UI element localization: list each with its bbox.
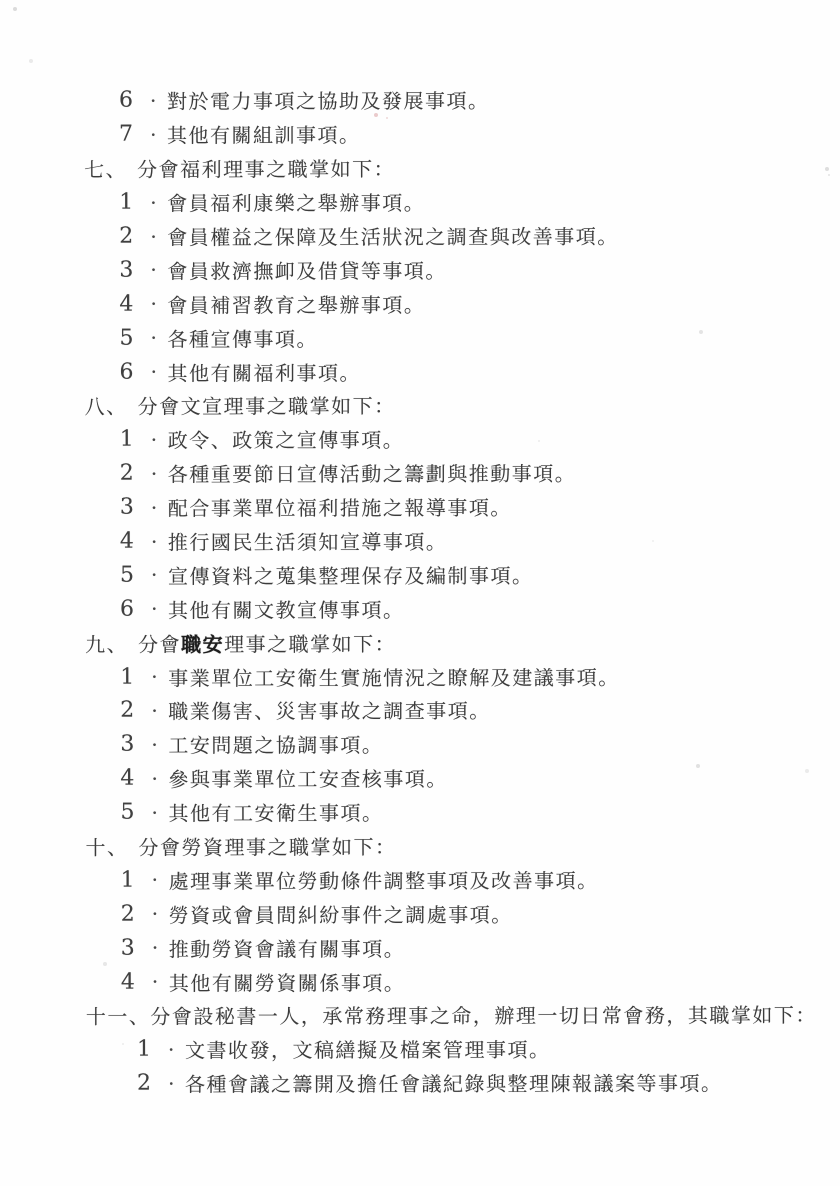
list-item: 1 · 會員福利康樂之舉辦事項。 [0,184,839,220]
item-bullet: · [142,732,168,756]
item-number: 3 [120,732,142,757]
section-heading: 十、 分會勞資理事之職掌如下： [0,828,840,864]
item-text: 參與事業單位工安查核事項。 [168,763,448,793]
list-item: 5 · 各種宣傳事項。 [0,319,840,355]
list-item: 1 · 文書收發，文稿繕擬及檔案管理事項。 [1,1031,840,1067]
item-text: 對於電力事項之協助及發展事項。 [167,85,490,115]
item-number: 1 [120,664,142,689]
item-bullet: · [142,563,168,587]
item-text: 其他有關勞資關係事項。 [169,967,406,996]
item-bullet: · [141,224,167,248]
item-text: 其他有工安衛生事項。 [168,797,383,826]
item-number: 1 [120,427,142,452]
section-number: 八、 [85,391,138,420]
item-text: 工安問題之協調事項。 [168,729,383,758]
item-number: 1 [137,1037,159,1062]
item-number: 3 [119,257,141,282]
item-bullet: · [142,495,168,519]
item-number: 3 [121,935,143,960]
item-text: 文書收發，文稿繕擬及檔案管理事項。 [185,1034,551,1064]
item-number: 5 [119,325,141,350]
item-text: 宣傳資料之蒐集整理保存及編制事項。 [168,560,534,590]
item-number: 4 [120,766,142,791]
item-bullet: · [143,970,169,994]
section-text-bold: 職安 [181,632,224,656]
item-text: 其他有關組訓事項。 [167,119,361,148]
list-item: 2 · 會員權益之保障及生活狀況之調查與改善事項。 [0,218,839,254]
item-number: 4 [119,291,141,316]
item-number: 2 [137,1071,159,1096]
list-item: 4 · 其他有關勞資關係事項。 [1,963,840,999]
list-item: 4 · 參與事業單位工安查核事項。 [0,760,840,796]
item-bullet: · [142,766,168,790]
item-bullet: · [142,665,168,689]
item-text: 會員補習教育之舉辦事項。 [167,289,425,319]
list-item: 2 · 各種重要節日宣傳活動之籌劃與推動事項。 [0,455,840,491]
item-number: 1 [121,868,143,893]
section-text-pre: 分會 [138,632,181,656]
section-number: 七、 [84,154,137,183]
list-item: 3 · 推動勞資會議有關事項。 [1,929,840,965]
section-text: 分會職安理事之職掌如下： [138,628,396,658]
item-number: 4 [121,969,143,994]
item-text: 推行國民生活須知宣導事項。 [168,526,448,556]
section-heading: 十一、分會設秘書一人，承常務理事之命，辦理一切日常會務，其職掌如下： [1,997,840,1033]
list-item: 4 · 推行國民生活須知宣導事項。 [0,523,840,559]
item-text: 推動勞資會議有關事項。 [169,933,406,962]
item-bullet: · [142,461,168,485]
item-text: 其他有關文教宣傳事項。 [168,594,405,623]
list-item: 2 · 勞資或會員間糾紛事件之調處事項。 [1,895,840,931]
list-item: 4 · 會員補習教育之舉辦事項。 [0,285,839,321]
item-text: 處理事業單位勞動條件調整事項及改善事項。 [169,865,599,895]
item-text: 各種會議之籌開及擔任會議紀錄與整理陳報議案等事項。 [185,1068,723,1098]
item-bullet: · [159,1071,185,1095]
item-bullet: · [142,360,168,384]
section-number: 十、 [86,832,139,861]
item-text: 其他有關福利事項。 [168,357,362,386]
item-bullet: · [143,868,169,892]
list-item: 3 · 配合事業單位福利措施之報導事項。 [0,489,840,525]
section-text: 十一、分會設秘書一人，承常務理事之命，辦理一切日常會務，其職掌如下： [86,1000,817,1031]
item-text: 職業傷害、災害事故之調查事項。 [168,695,491,725]
document-text-block: 6 · 對於電力事項之協助及發展事項。 7 · 其他有關組訓事項。 七、 分會福… [0,82,840,1100]
item-bullet: · [141,292,167,316]
list-item: 1 · 政令、政策之宣傳事項。 [0,421,840,457]
item-text: 會員救濟撫卹及借貸等事項。 [167,255,447,285]
item-bullet: · [141,122,167,146]
section-heading: 七、 分會福利理事之職掌如下： [0,150,839,186]
list-item: 3 · 會員救濟撫卹及借貸等事項。 [0,252,839,288]
scanned-document-page: 6 · 對於電力事項之協助及發展事項。 7 · 其他有關組訓事項。 七、 分會福… [0,0,840,1186]
item-number: 6 [120,596,142,621]
item-bullet: · [142,597,168,621]
item-bullet: · [143,936,169,960]
section-text-post: 理事之職掌如下： [224,632,396,656]
list-item: 6 · 對於電力事項之協助及發展事項。 [0,82,839,118]
item-bullet: · [142,800,168,824]
item-text: 會員權益之保障及生活狀況之調查與改善事項。 [167,221,619,251]
item-text: 各種宣傳事項。 [167,323,318,352]
item-text: 會員福利康樂之舉辦事項。 [167,187,425,217]
item-bullet: · [141,88,167,112]
list-item: 2 · 各種會議之籌開及擔任會議紀錄與整理陳報議案等事項。 [1,1065,840,1101]
section-text: 分會勞資理事之職掌如下： [139,831,397,861]
item-number: 5 [120,562,142,587]
list-item: 1 · 事業單位工安衛生實施情況之瞭解及建議事項。 [0,658,840,694]
list-item: 2 · 職業傷害、災害事故之調查事項。 [0,692,840,728]
item-text: 配合事業單位福利措施之報導事項。 [168,492,512,522]
item-bullet: · [141,190,167,214]
item-text: 事業單位工安衛生實施情況之瞭解及建議事項。 [168,661,620,691]
item-number: 6 [119,88,141,113]
list-item: 3 · 工安問題之協調事項。 [0,726,840,762]
list-item: 6 · 其他有關文教宣傳事項。 [0,590,840,626]
section-number: 九、 [85,628,138,657]
item-number: 2 [120,698,142,723]
item-text: 政令、政策之宣傳事項。 [168,424,405,453]
list-item: 7 · 其他有關組訓事項。 [0,116,839,152]
list-item: 5 · 其他有工安衛生事項。 [0,794,840,830]
section-text: 分會福利理事之職掌如下： [137,153,395,183]
item-number: 3 [120,495,142,520]
section-heading: 八、 分會文宣理事之職掌如下： [0,387,840,423]
list-item: 6 · 其他有關福利事項。 [0,353,840,389]
item-number: 5 [120,800,142,825]
section-heading: 九、 分會職安理事之職掌如下： [0,624,840,660]
item-bullet: · [159,1037,185,1061]
item-number: 1 [119,190,141,215]
item-number: 2 [121,901,143,926]
item-text: 勞資或會員間糾紛事件之調處事項。 [169,899,513,929]
list-item: 1 · 處理事業單位勞動條件調整事項及改善事項。 [1,862,840,898]
item-bullet: · [141,258,167,282]
item-bullet: · [142,427,168,451]
section-text: 分會文宣理事之職掌如下： [138,391,396,421]
item-bullet: · [142,529,168,553]
scan-noise [0,0,2,2]
item-number: 2 [120,461,142,486]
item-number: 6 [120,359,142,384]
item-bullet: · [143,902,169,926]
item-number: 2 [119,224,141,249]
list-item: 5 · 宣傳資料之蒐集整理保存及編制事項。 [0,557,840,593]
item-number: 4 [120,529,142,554]
item-text: 各種重要節日宣傳活動之籌劃與推動事項。 [168,458,577,488]
item-bullet: · [141,326,167,350]
item-bullet: · [142,698,168,722]
item-number: 7 [119,122,141,147]
